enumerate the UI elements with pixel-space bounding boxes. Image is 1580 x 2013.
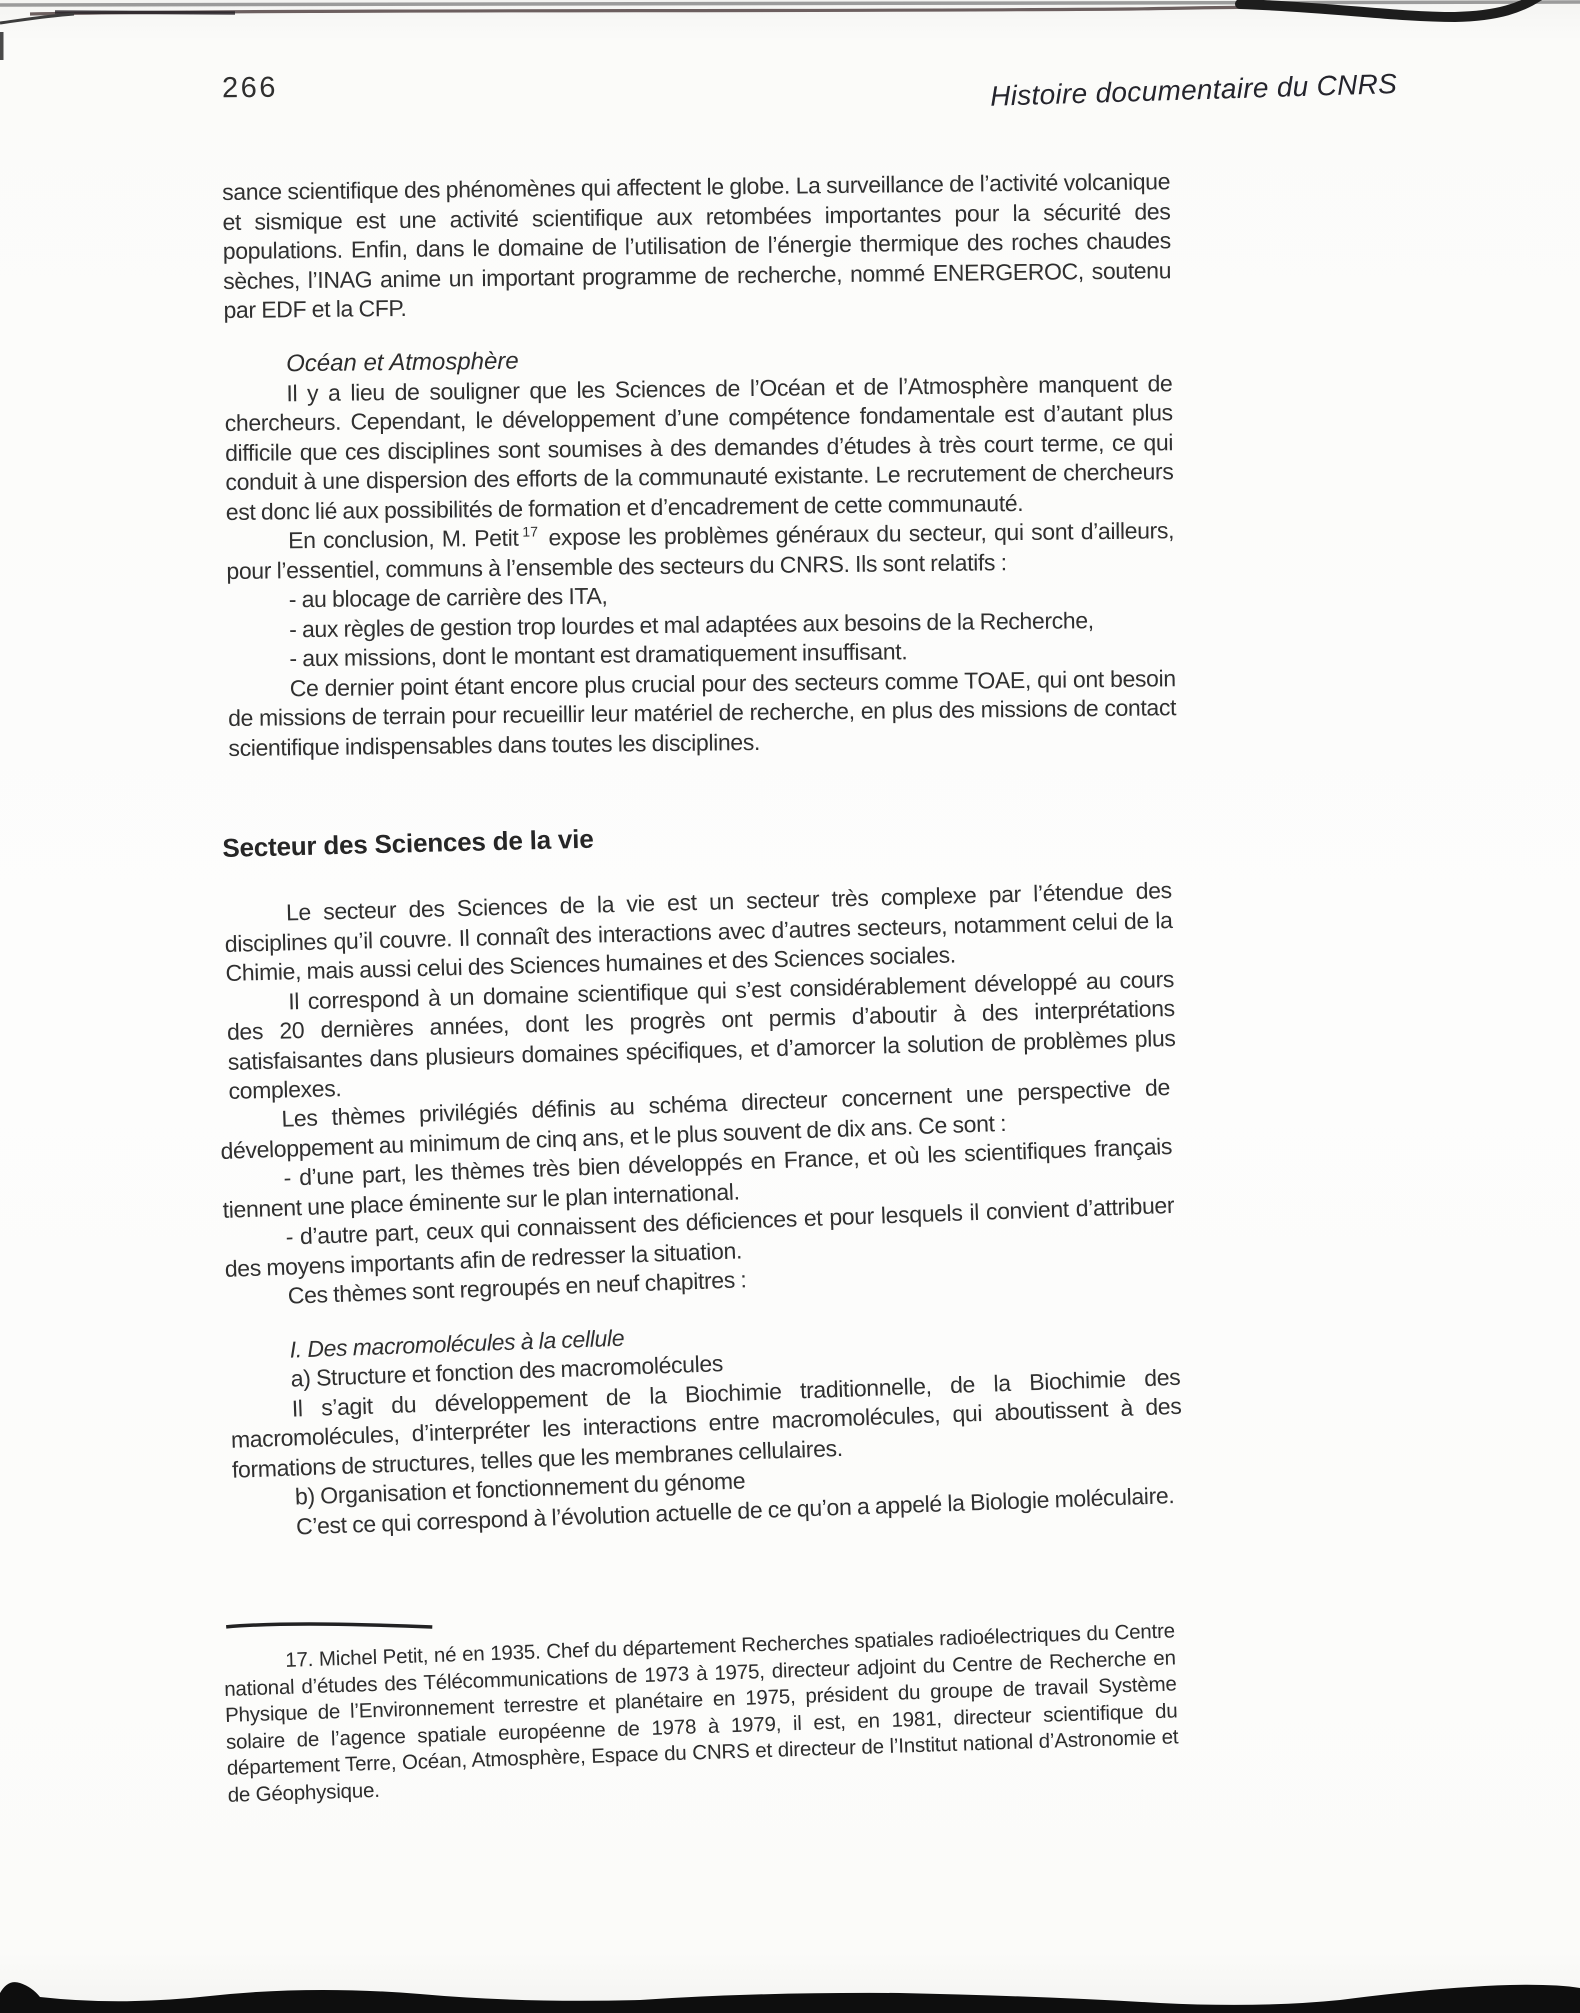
footnote-text: 17. Michel Petit, né en 1935. Chef du dé… bbox=[223, 1618, 1180, 1808]
text-block-top: sance scientifique des phénomènes qui af… bbox=[222, 167, 1177, 763]
footnote-separator-rule bbox=[224, 1615, 436, 1638]
scan-edge-top-artifact bbox=[0, 0, 1580, 60]
paragraph-conclusion-intro: En conclusion, M. Petit17 expose les pro… bbox=[226, 516, 1175, 586]
paragraph-continuation: sance scientifique des phénomènes qui af… bbox=[222, 167, 1172, 325]
page-number: 266 bbox=[222, 72, 278, 106]
text-block-middle: Secteur des Sciences de la vie Le secteu… bbox=[222, 809, 1177, 1106]
scan-edge-bottom-artifact bbox=[0, 1943, 1580, 2013]
paragraph-ocean: Il y a lieu de souligner que les Science… bbox=[224, 369, 1174, 527]
text-block-lower: Les thèmes privilégiés définis au schéma… bbox=[219, 1072, 1185, 1543]
text-column: sance scientifique des phénomènes qui af… bbox=[222, 178, 1170, 1544]
running-title: Histoire documentaire du CNRS bbox=[990, 68, 1398, 113]
section-heading-sciences-vie: Secteur des Sciences de la vie bbox=[222, 809, 1170, 864]
footnote-block: 17. Michel Petit, né en 1935. Chef du dé… bbox=[222, 1590, 1180, 1808]
conclusion-intro-text: En conclusion, M. Petit bbox=[288, 525, 519, 554]
scanned-book-page: 266 Histoire documentaire du CNRS sance … bbox=[0, 0, 1580, 2013]
page-header: 266 Histoire documentaire du CNRS bbox=[222, 66, 1397, 116]
paragraph-conclusion-closing: Ce dernier point étant encore plus cruci… bbox=[228, 664, 1177, 763]
footnote-reference-17: 17 bbox=[522, 524, 538, 540]
